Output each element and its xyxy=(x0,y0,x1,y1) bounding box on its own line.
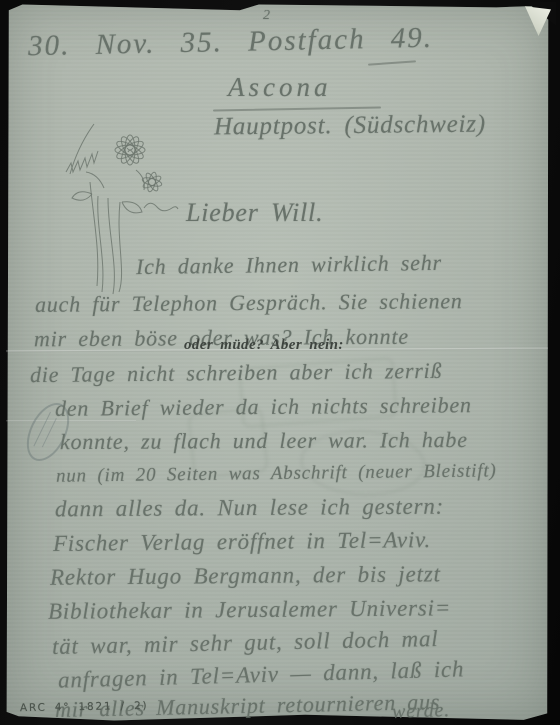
place-line: Ascona xyxy=(228,72,331,103)
interline-insertion: oder müde? Aber nein: xyxy=(184,337,344,354)
body-line: Rektor Hugo Bergmann, der bis jetzt xyxy=(50,561,441,590)
body-line: den Brief wieder da ich nichts schreiben xyxy=(55,392,472,422)
page-end-fragment: werde. xyxy=(392,699,451,724)
body-line: Fischer Verlag eröffnet in Tel=Aviv. xyxy=(53,527,431,557)
body-line: Ich danke Ihnen wirklich sehr xyxy=(136,250,442,280)
body-line: Bibliothekar in Jerusalemer Universi= xyxy=(48,595,451,625)
body-line: konnte, zu flach und leer war. Ich habe xyxy=(60,427,468,455)
body-line: dann alles da. Nun lese ich gestern: xyxy=(55,494,444,523)
body-line: die Tage nicht schreiben aber ich zerriß xyxy=(30,358,443,388)
archive-call-number: ARC 4° 1821 / 2) xyxy=(20,700,149,714)
post-office-line: Hauptpost. (Südschweiz) xyxy=(214,111,486,142)
body-line: auch für Telephon Gespräch. Sie schienen xyxy=(35,288,463,318)
salutation: Lieber Will. xyxy=(186,198,323,228)
page-number: 2 xyxy=(263,8,271,24)
